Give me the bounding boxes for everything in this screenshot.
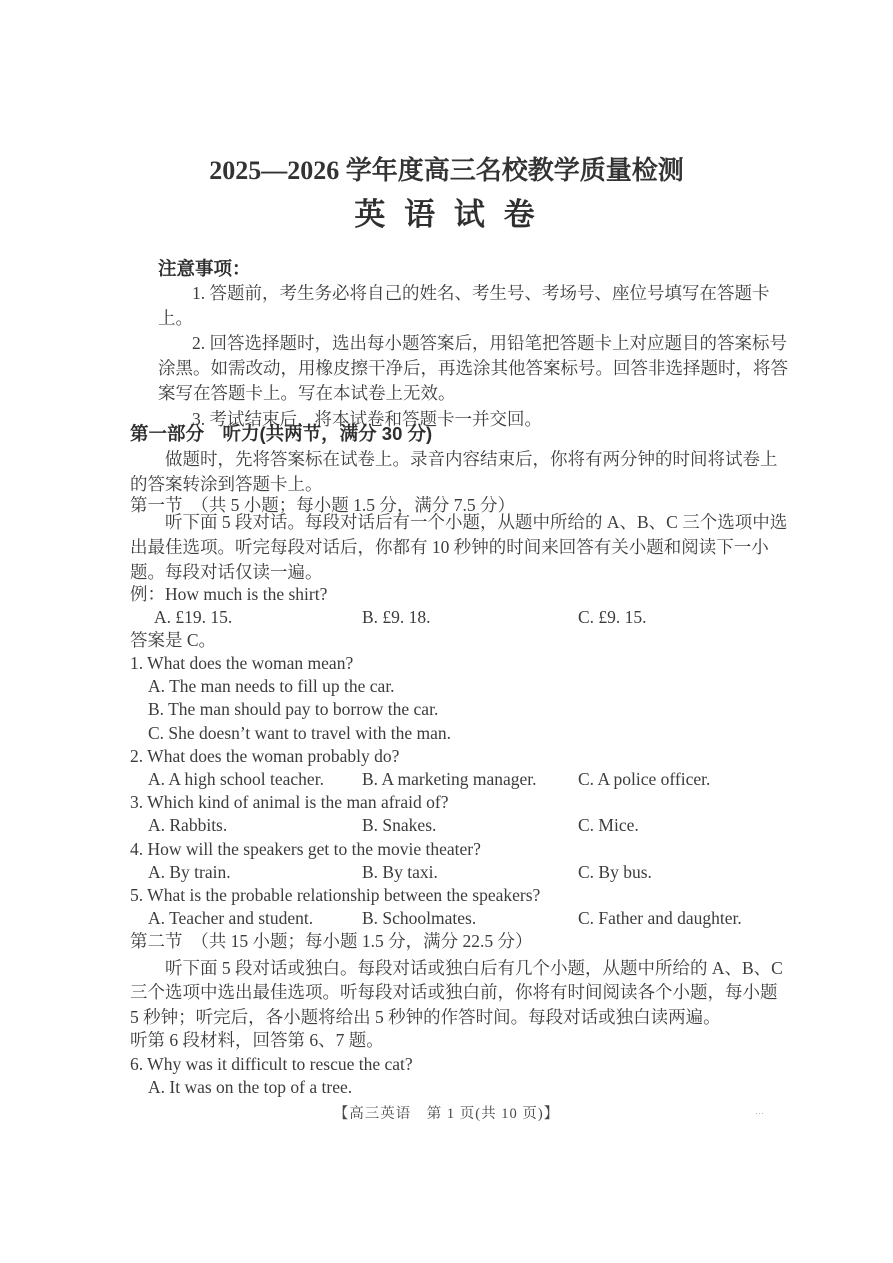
exam-paper-page: 2025—2026 学年度高三名校教学质量检测 英 语 试 卷 注意事项： 1.… [0,0,893,1263]
notice-item-2: 2. 回答选择题时，选出每小题答案后，用铅笔把答题卡上对应题目的答案标号涂黑。如… [158,331,788,406]
example-answer-note: 答案是 C。 [130,629,788,652]
question-5-option-b: B. Schoolmates. [362,907,578,930]
question-3-option-b: B. Snakes. [362,814,578,837]
question-1-option-b: B. The man should pay to borrow the car. [130,698,788,721]
questions-block: 1. What does the woman mean? A. The man … [130,652,788,1099]
example-options: A. £19. 15. B. £9. 18. C. £9. 15. [130,606,788,629]
part1-intro: 做题时，先将答案标在试卷上。录音内容结束后，你将有两分钟的时间将试卷上的答案转涂… [130,447,788,497]
question-1-option-a: A. The man needs to fill up the car. [130,675,788,698]
question-2-options: A. A high school teacher. B. A marketing… [130,768,788,791]
question-5-option-a: A. Teacher and student. [130,907,362,930]
example-option-a: A. £19. 15. [130,606,362,629]
question-3-option-c: C. Mice. [578,814,788,837]
example-option-c: C. £9. 15. [578,606,788,629]
section1-instructions: 听下面 5 段对话。每段对话后有一个小题，从题中所给的 A、B、C 三个选项中选… [130,510,788,585]
question-4-option-c: C. By bus. [578,861,788,884]
section2-heading: 第二节 （共 15 小题；每小题 1.5 分，满分 22.5 分） [130,930,788,953]
question-1: 1. What does the woman mean? [130,652,788,675]
section2-instructions: 听下面 5 段对话或独白。每段对话或独白后有几个小题，从题中所给的 A、B、C … [130,956,788,1030]
question-1-option-c: C. She doesn’t want to travel with the m… [130,722,788,745]
question-3-options: A. Rabbits. B. Snakes. C. Mice. [130,814,788,837]
question-1-options: A. The man needs to fill up the car. B. … [130,675,788,745]
question-4: 4. How will the speakers get to the movi… [130,838,788,861]
question-2: 2. What does the woman probably do? [130,745,788,768]
question-4-options: A. By train. B. By taxi. C. By bus. [130,861,788,884]
question-5-options: A. Teacher and student. B. Schoolmates. … [130,907,788,930]
question-4-option-b: B. By taxi. [362,861,578,884]
exam-title-line2: 英 语 试 卷 [0,189,893,234]
question-2-option-a: A. A high school teacher. [130,768,362,791]
question-5-option-c: C. Father and daughter. [578,907,788,930]
question-6-options: A. It was on the top of a tree. [130,1076,788,1099]
notice-section: 注意事项： 1. 答题前，考生务必将自己的姓名、考生号、考场号、座位号填写在答题… [158,256,788,432]
notice-heading: 注意事项： [158,256,788,281]
exam-title-line1: 2025—2026 学年度高三名校教学质量检测 [0,150,893,187]
question-6: 6. Why was it difficult to rescue the ca… [130,1053,788,1076]
question-3-option-a: A. Rabbits. [130,814,362,837]
question-2-option-b: B. A marketing manager. [362,768,578,791]
question-5: 5. What is the probable relationship bet… [130,884,788,907]
example-prompt: 例：How much is the shirt? [130,583,788,606]
notice-item-1: 1. 答题前，考生务必将自己的姓名、考生号、考场号、座位号填写在答题卡上。 [158,281,788,331]
question-3: 3. Which kind of animal is the man afrai… [130,791,788,814]
question-2-option-c: C. A police officer. [578,768,788,791]
question-6-option-a: A. It was on the top of a tree. [130,1076,788,1099]
question-4-option-a: A. By train. [130,861,362,884]
scan-artifact-mark: ⋯ [755,1108,766,1119]
example-option-b: B. £9. 18. [362,606,578,629]
part1-heading: 第一部分 听力(共两节，满分 30 分) [130,421,788,446]
material-6-note: 听第 6 段材料，回答第 6、7 题。 [130,1029,788,1053]
